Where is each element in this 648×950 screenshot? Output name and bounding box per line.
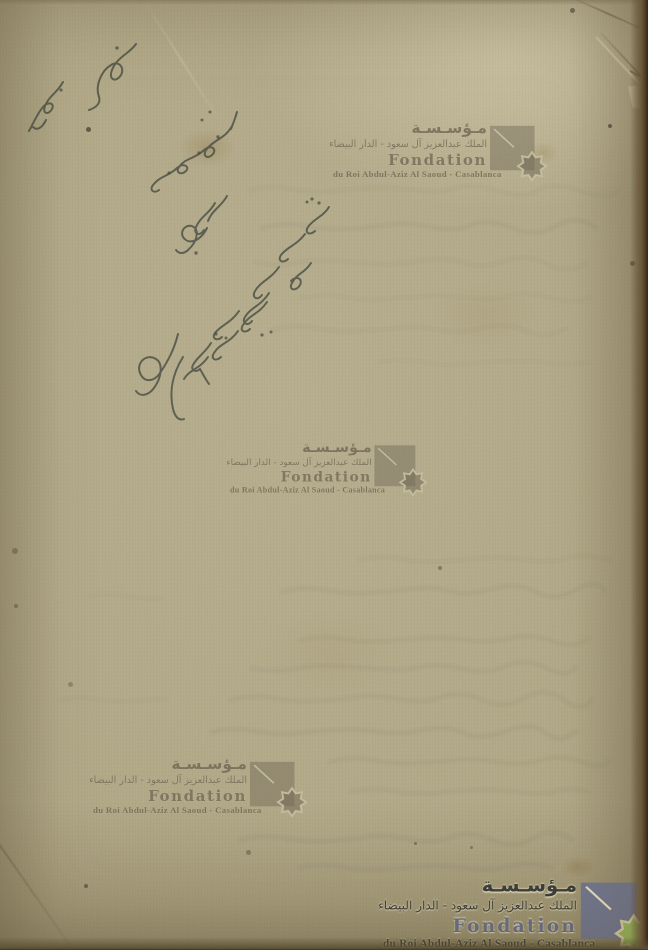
stain — [430, 280, 540, 350]
foundation-logo-icon — [374, 445, 427, 497]
foundation-logo-icon — [580, 882, 648, 950]
stamp-arabic-title: مـؤسـسـة — [93, 755, 247, 774]
page-right-edge — [630, 0, 648, 950]
stamp-latin-title: Fondation — [383, 914, 577, 937]
corner-crease — [600, 32, 645, 80]
stain — [260, 610, 400, 700]
stamp-arabic-title: مـؤسـسـة — [333, 119, 487, 138]
bottom-left-crease — [0, 836, 75, 950]
stamp-latin-subtitle: du Roi Abdul-Aziz Al Saoud - Casablanca — [230, 485, 372, 495]
speck — [630, 261, 635, 266]
corner-crease — [566, 0, 648, 33]
stain — [178, 128, 236, 168]
fold-crease — [141, 0, 222, 125]
speck — [438, 566, 442, 570]
stamp-arabic-title: مـؤسـسـة — [230, 439, 372, 456]
dog-ear-corner — [628, 84, 648, 110]
speck — [68, 682, 73, 687]
speck — [86, 127, 91, 132]
speck — [246, 850, 251, 855]
speck — [570, 8, 575, 13]
speck — [608, 124, 612, 128]
stamp-latin-subtitle: du Roi Abdul-Aziz Al Saoud - Casablanca — [93, 805, 247, 816]
right-shadow — [570, 0, 640, 950]
speck — [414, 842, 417, 845]
left-shadow — [0, 0, 60, 950]
stamp-latin-title: Fondation — [93, 787, 247, 805]
foundation-stamp-bottom-left: مـؤسـسـة الملك عبدالعزيز آل سعود - الدار… — [93, 755, 307, 817]
stamp-latin-subtitle: du Roi Abdul-Aziz Al Saoud - Casablanca — [333, 169, 487, 180]
page-top-edge — [0, 0, 648, 5]
corner-crease-highlight — [595, 36, 644, 89]
foundation-logo-icon — [489, 125, 547, 181]
foundation-logo-icon — [249, 761, 307, 817]
stamp-latin-subtitle: du Roi Abdul-Aziz Al Saoud - Casablanca — [383, 937, 577, 950]
stamp-arabic-subtitle: الملك عبدالعزيز آل سعود - الدار البيضاء — [230, 456, 372, 468]
stamp-arabic-title: مـؤسـسـة — [383, 874, 577, 898]
speck — [84, 884, 88, 888]
foundation-stamp-top: مـؤسـسـة الملك عبدالعزيز آل سعود - الدار… — [333, 119, 547, 181]
stamp-arabic-subtitle: الملك عبدالعزيز آل سعود - الدار البيضاء — [333, 138, 487, 151]
stamp-latin-title: Fondation — [230, 468, 372, 485]
stamp-latin-title: Fondation — [333, 151, 487, 169]
foundation-stamp-bottom-right: مـؤسـسـة الملك عبدالعزيز آل سعود - الدار… — [383, 874, 648, 950]
speck — [12, 548, 18, 554]
foundation-stamp-middle: مـؤسـسـة الملك عبدالعزيز آل سعود - الدار… — [230, 439, 427, 496]
manuscript-page: مـؤسـسـة الملك عبدالعزيز آل سعود - الدار… — [0, 0, 648, 950]
speck — [470, 846, 473, 849]
speck — [14, 604, 18, 608]
stamp-arabic-subtitle: الملك عبدالعزيز آل سعود - الدار البيضاء — [383, 898, 577, 914]
stamp-arabic-subtitle: الملك عبدالعزيز آل سعود - الدار البيضاء — [93, 774, 247, 787]
